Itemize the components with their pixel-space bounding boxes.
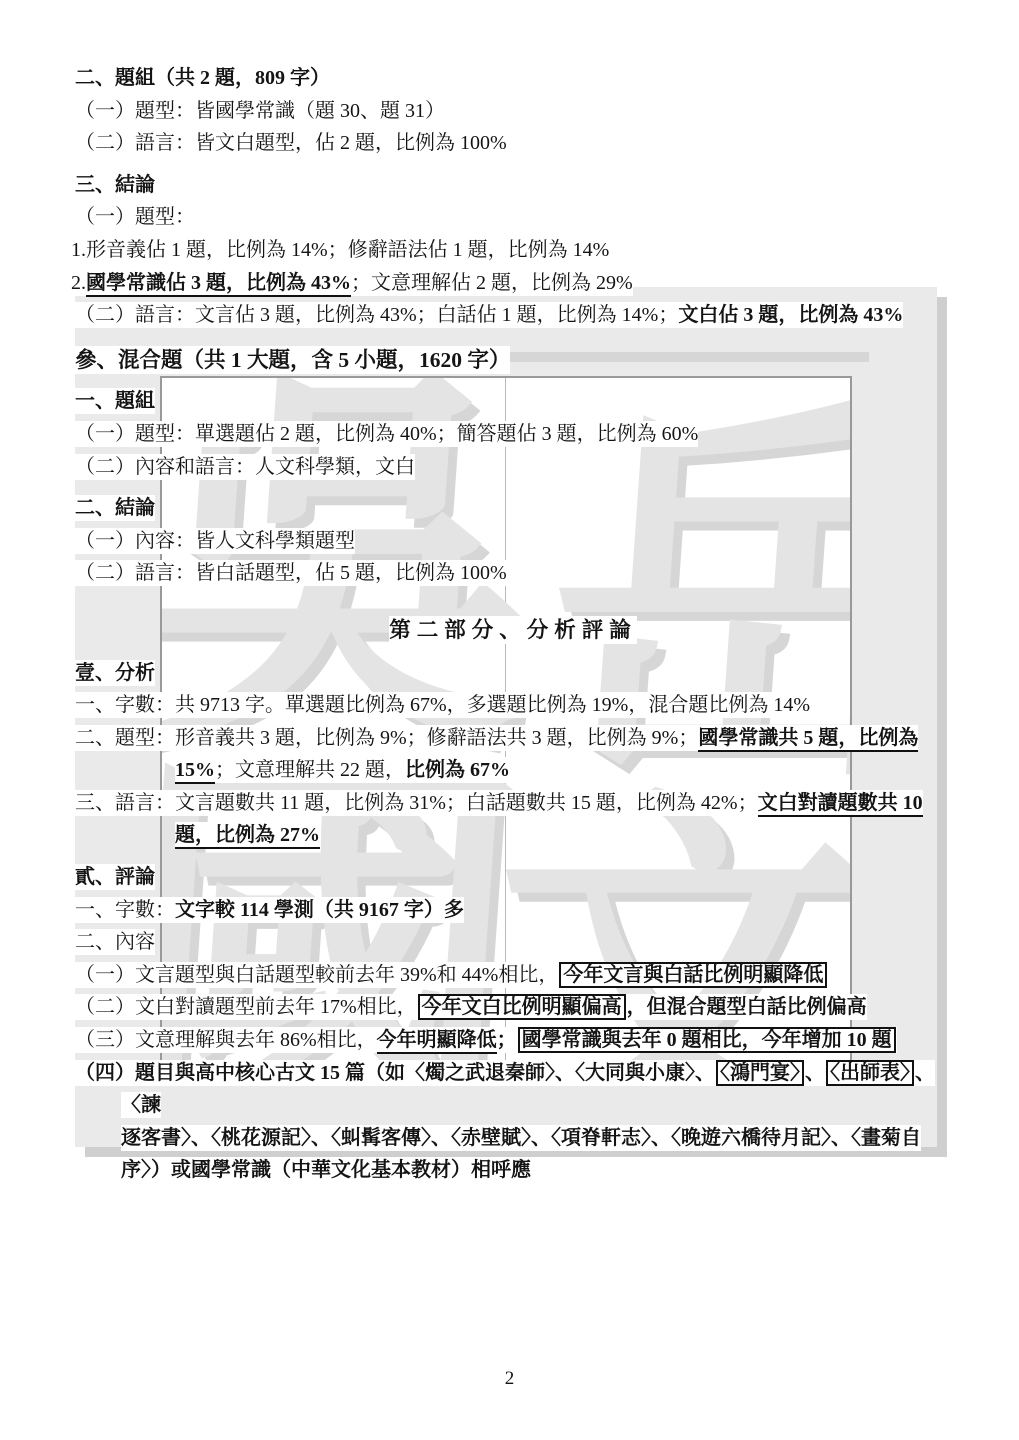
doc-paragraph: 三、結論 — [71, 169, 951, 202]
text-segment: ；文意理解佔 2 題，比例為 29% — [351, 272, 633, 294]
text-line-highlight: （一）內容：皆人文科學類題型 — [75, 528, 355, 554]
text-segment: 比例為 67% — [405, 759, 510, 781]
doc-paragraph: （二）語言：皆文白題型，佔 2 題，比例為 100% — [71, 127, 951, 160]
text-line-highlight: 2.國學常識佔 3 題，比例為 43%；文意理解佔 2 題，比例為 29% — [71, 270, 633, 296]
text-segment: 今年文言與白話比例明顯降低 — [559, 962, 827, 988]
doc-paragraph: 一、字數：共 9713 字。單選題比例為 67%，多選題比例為 19%，混合題比… — [71, 689, 951, 722]
doc-paragraph: 一、題組 — [71, 385, 951, 418]
doc-paragraph: （一）題型：單選題佔 2 題，比例為 40%；簡答題佔 3 題，比例為 60% — [71, 418, 951, 451]
doc-paragraph: （一）題型： — [71, 201, 951, 234]
text-segment: 序〉）或國學常識（中華文化基本教材）相呼應 — [121, 1159, 531, 1181]
text-line-highlight: 三、結論 — [75, 172, 155, 198]
text-segment: （一）題型： — [75, 206, 195, 228]
text-line-highlight: 一、題組 — [75, 388, 155, 414]
text-segment: 文白佔 3 題，比例為 43% — [678, 304, 903, 326]
text-segment: 第二部分、分析評論 — [389, 618, 637, 642]
text-line-highlight: 二、題型：形音義共 3 題，比例為 9%；修辭語法共 3 題，比例為 9%；國學… — [75, 725, 918, 784]
text-line-highlight: （一）題型： — [75, 204, 195, 230]
text-line-highlight: （二）文白對讀題型前去年 17%相比，今年文白比例明顯偏高，但混合題型白話比例偏… — [75, 994, 867, 1020]
text-segment: 壹、分析 — [75, 662, 155, 684]
text-line-highlight: 三、語言：文言題數共 11 題，比例為 31%；白話題數共 15 題，比例為 4… — [75, 790, 923, 849]
text-segment: （一）內容：皆人文科學類題型 — [75, 530, 355, 552]
text-segment: （二）文白對讀題型前去年 17%相比， — [75, 996, 417, 1018]
text-segment: 二、結論 — [75, 497, 155, 519]
text-segment: 、 — [805, 1062, 825, 1084]
doc-paragraph: 二、題組（共 2 題，809 字） — [71, 62, 951, 95]
document-page: { "page": { "number_label": "2" }, "wate… — [0, 0, 1019, 1440]
doc-paragraph: 二、內容 — [71, 926, 951, 959]
text-segment: 國學常識共 5 題，比例為 — [698, 727, 918, 752]
text-segment: 二、題型：形音義共 3 題，比例為 9%；修辭語法共 3 題，比例為 9%； — [75, 727, 698, 749]
text-segment: 一、字數： — [75, 899, 175, 921]
text-segment: 〈鴻門宴〉 — [716, 1060, 804, 1086]
text-segment: 一、題組 — [75, 390, 155, 412]
text-line-highlight: 一、字數：文字較 114 學測（共 9167 字）多 — [75, 897, 464, 923]
text-line-highlight: 一、字數：共 9713 字。單選題比例為 67%，多選題比例為 19%，混合題比… — [75, 692, 810, 718]
page-background: 吳 岳 國 文 二、題組（共 2 題，809 字）（一）題型：皆國學常識（題 3… — [0, 0, 1019, 1440]
text-line-highlight: 1.形音義佔 1 題，比例為 14%；修辭語法佔 1 題，比例為 14% — [71, 237, 609, 263]
doc-paragraph: （二）語言：文言佔 3 題，比例為 43%；白話佔 1 題，比例為 14%；文白… — [71, 299, 951, 332]
text-line-highlight: （一）題型：單選題佔 2 題，比例為 40%；簡答題佔 3 題，比例為 60% — [75, 421, 698, 447]
doc-paragraph: 貳、評論 — [71, 861, 951, 894]
text-line-highlight: 第二部分、分析評論 — [389, 616, 637, 644]
text-segment: 三、結論 — [75, 174, 155, 196]
text-line-highlight: 貳、評論 — [75, 864, 155, 890]
doc-paragraph: 第二部分、分析評論 — [71, 614, 951, 647]
text-segment: 二、內容 — [75, 931, 155, 953]
page-number: 2 — [0, 1368, 1019, 1390]
text-segment: 一、字數：共 9713 字。單選題比例為 67%，多選題比例為 19%，混合題比… — [75, 694, 810, 716]
text-line-highlight: （二）語言：皆白話題型，佔 5 題，比例為 100% — [75, 560, 507, 586]
doc-paragraph: （二）內容和語言：人文科學類，文白 — [71, 451, 951, 484]
text-segment: 文字較 114 學測（共 9167 字）多 — [175, 899, 464, 921]
text-segment: （一）題型：皆國學常識（題 30、題 31） — [75, 100, 445, 122]
doc-paragraph: （一）文言題型與白話題型較前去年 39%和 44%相比，今年文言與白話比例明顯降… — [71, 959, 951, 992]
text-line-highlight: （二）語言：皆文白題型，佔 2 題，比例為 100% — [75, 130, 507, 156]
doc-paragraph: 二、結論 — [71, 492, 951, 525]
doc-paragraph: （一）題型：皆國學常識（題 30、題 31） — [71, 95, 951, 128]
text-segment: 〈出師表〉 — [826, 1060, 914, 1086]
doc-paragraph: 二、題型：形音義共 3 題，比例為 9%；修辭語法共 3 題，比例為 9%；國學… — [71, 722, 951, 787]
text-segment: 今年明顯降低 — [377, 1029, 497, 1054]
text-segment: 15% — [175, 759, 215, 784]
doc-paragraph: 2.國學常識佔 3 題，比例為 43%；文意理解佔 2 題，比例為 29% — [71, 267, 951, 300]
doc-paragraph: 參、混合題（共 1 大題，含 5 小題，1620 字） — [71, 344, 951, 377]
text-segment: ；文意理解共 22 題， — [215, 759, 405, 781]
text-line-highlight: （三）文意理解與去年 86%相比，今年明顯降低；國學常識與去年 0 題相比，今年… — [75, 1027, 897, 1053]
text-segment: （一）題型：單選題佔 2 題，比例為 40%；簡答題佔 3 題，比例為 60% — [75, 423, 698, 445]
text-segment: 參、混合題（共 1 大題，含 5 小題，1620 字） — [75, 348, 510, 372]
doc-paragraph: （二）語言：皆白話題型，佔 5 題，比例為 100% — [71, 557, 951, 590]
text-segment: ，但混合題型白話比例偏高 — [627, 996, 867, 1018]
text-segment: （一）文言題型與白話題型較前去年 39%和 44%相比， — [75, 964, 558, 986]
text-line-highlight: 二、內容 — [75, 929, 155, 955]
text-segment: 貳、評論 — [75, 866, 155, 888]
text-line-highlight: 參、混合題（共 1 大題，含 5 小題，1620 字） — [75, 346, 510, 374]
text-segment: 文白對讀題數共 10 — [758, 792, 923, 817]
text-segment: （三）文意理解與去年 86%相比， — [75, 1029, 377, 1051]
doc-paragraph: 三、語言：文言題數共 11 題，比例為 31%；白話題數共 15 題，比例為 4… — [71, 787, 951, 852]
text-segment: 2. — [71, 272, 86, 294]
text-segment: ； — [497, 1029, 517, 1051]
text-segment: 今年文白比例明顯偏高 — [418, 994, 626, 1020]
text-line-highlight: （一）題型：皆國學常識（題 30、題 31） — [75, 98, 445, 124]
text-line-highlight: （二）內容和語言：人文科學類，文白 — [75, 454, 415, 480]
doc-paragraph: 壹、分析 — [71, 657, 951, 690]
text-line-highlight: （四）題目與高中核心古文 15 篇（如〈燭之武退秦師〉、〈大同與小康〉、〈鴻門宴… — [75, 1060, 935, 1184]
text-line-highlight: 壹、分析 — [75, 660, 155, 686]
text-segment: 國學常識與去年 0 題相比，今年增加 10 題 — [518, 1027, 896, 1053]
text-segment: （二）語言：皆文白題型，佔 2 題，比例為 100% — [75, 132, 507, 154]
text-line-highlight: （二）語言：文言佔 3 題，比例為 43%；白話佔 1 題，比例為 14%；文白… — [75, 302, 903, 328]
text-segment: 二、題組（共 2 題，809 字） — [75, 67, 330, 89]
text-segment: 三、語言：文言題數共 11 題，比例為 31%；白話題數共 15 題，比例為 4… — [75, 792, 758, 814]
text-line-highlight: 二、題組（共 2 題，809 字） — [75, 65, 330, 91]
text-segment: 逐客書〉、〈桃花源記〉、〈虯髯客傳〉、〈赤壁賦〉、〈項脊軒志〉、〈晚遊六橋待月記… — [121, 1127, 921, 1149]
doc-paragraph: （一）內容：皆人文科學類題型 — [71, 525, 951, 558]
text-segment: 題，比例為 27% — [175, 824, 320, 849]
text-segment: 國學常識佔 3 題，比例為 43% — [86, 272, 351, 297]
doc-paragraph: 一、字數：文字較 114 學測（共 9167 字）多 — [71, 894, 951, 927]
text-line-highlight: 二、結論 — [75, 495, 155, 521]
text-segment: （二）內容和語言：人文科學類，文白 — [75, 456, 415, 478]
doc-paragraph: 1.形音義佔 1 題，比例為 14%；修辭語法佔 1 題，比例為 14% — [71, 234, 951, 267]
text-segment: （二）語言：文言佔 3 題，比例為 43%；白話佔 1 題，比例為 14%； — [75, 304, 678, 326]
text-segment: 1.形音義佔 1 題，比例為 14%；修辭語法佔 1 題，比例為 14% — [71, 239, 609, 261]
doc-body: 二、題組（共 2 題，809 字）（一）題型：皆國學常識（題 30、題 31）（… — [71, 62, 951, 1187]
doc-paragraph: （四）題目與高中核心古文 15 篇（如〈燭之武退秦師〉、〈大同與小康〉、〈鴻門宴… — [71, 1057, 951, 1187]
text-segment: （四）題目與高中核心古文 15 篇（如〈燭之武退秦師〉、〈大同與小康〉、 — [75, 1062, 715, 1084]
doc-paragraph: （三）文意理解與去年 86%相比，今年明顯降低；國學常識與去年 0 題相比，今年… — [71, 1024, 951, 1057]
doc-paragraph: （二）文白對讀題型前去年 17%相比，今年文白比例明顯偏高，但混合題型白話比例偏… — [71, 991, 951, 1024]
text-line-highlight: （一）文言題型與白話題型較前去年 39%和 44%相比，今年文言與白話比例明顯降… — [75, 962, 828, 988]
text-segment: （二）語言：皆白話題型，佔 5 題，比例為 100% — [75, 562, 507, 584]
